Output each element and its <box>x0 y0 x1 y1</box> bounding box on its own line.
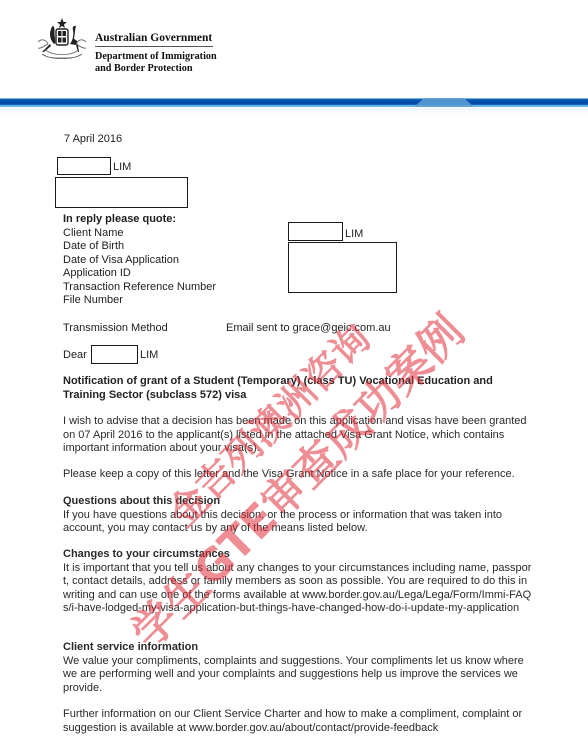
letter-date: 7 April 2016 <box>64 133 122 146</box>
subject-line: Notification of grant of a Student (Temp… <box>63 375 528 402</box>
redacted-client-details <box>288 242 397 293</box>
department-name: Department of Immigration and Border Pro… <box>95 51 217 75</box>
department-line-1: Department of Immigration <box>95 51 217 63</box>
keep-copy-paragraph: Please keep a copy of this letter and th… <box>63 468 533 482</box>
section-heading: Questions about this decision <box>63 495 533 509</box>
field-label: Transaction Reference Number <box>63 281 216 294</box>
header-bar-accent <box>0 105 588 107</box>
section-heading: Changes to your circumstances <box>63 548 533 562</box>
section-changes: Changes to your circumstances It is impo… <box>63 548 533 616</box>
section-body: If you have questions about this decisio… <box>63 509 502 535</box>
redacted-client-given-name <box>288 222 343 241</box>
feedback-paragraph: Further information on our Client Servic… <box>63 708 533 735</box>
transmission-label: Transmission Method <box>63 322 168 335</box>
coat-of-arms-icon <box>32 16 92 68</box>
header-divider <box>95 46 213 47</box>
section-body: We value your compliments, complaints an… <box>63 655 524 694</box>
section-heading: Client service information <box>63 641 533 655</box>
client-surname: LIM <box>345 228 363 241</box>
salutation-prefix: Dear <box>63 349 87 362</box>
section-client-service: Client service information We value your… <box>63 641 533 695</box>
redacted-salutation-name <box>91 345 138 364</box>
section-body: It is important that you tell us about a… <box>63 562 531 615</box>
transmission-value: Email sent to grace@geic.com.au <box>226 322 391 335</box>
field-label: Date of Visa Application <box>63 254 216 267</box>
reply-heading: In reply please quote: <box>63 213 176 226</box>
redacted-address <box>55 177 188 208</box>
header-bar-shadow <box>0 108 588 114</box>
section-questions: Questions about this decision If you hav… <box>63 495 533 536</box>
addressee-surname: LIM <box>113 161 131 174</box>
header-bar-tab <box>410 98 480 107</box>
department-line-2: and Border Protection <box>95 63 217 75</box>
field-label: Application ID <box>63 267 216 280</box>
redacted-given-name <box>57 157 111 175</box>
field-label: File Number <box>63 294 216 307</box>
salutation-surname: LIM <box>140 349 158 362</box>
reply-fields: Client Name Date of Birth Date of Visa A… <box>63 227 216 307</box>
field-label: Client Name <box>63 227 216 240</box>
grant-paragraph: I wish to advise that a decision has bee… <box>63 415 533 456</box>
field-label: Date of Birth <box>63 240 216 253</box>
government-title: Australian Government <box>95 32 212 44</box>
